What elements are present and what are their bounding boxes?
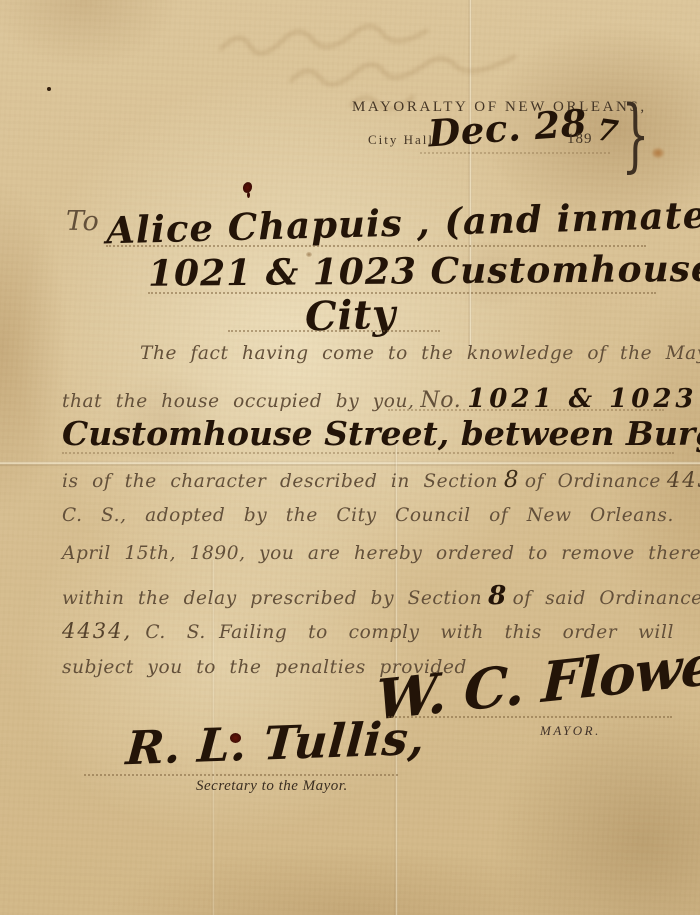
body-line-8-printed-b: Failing to comply with this order will — [219, 622, 674, 643]
body-line-7-printed-b: of said Ordinance — [513, 588, 700, 609]
body-line-4: is of the character described in Section… — [62, 467, 674, 493]
section-number-fill: 8 — [504, 467, 519, 493]
street-fill-rule-line — [62, 452, 674, 454]
ink-blot-tail — [247, 192, 250, 198]
body-line-7: within the delay prescribed by Section 8… — [62, 581, 674, 611]
year-printed: 189 — [567, 131, 593, 148]
body-line-3-handwritten: Customhouse Street, between Burgundy & R… — [62, 414, 674, 453]
city-line: City — [304, 290, 396, 340]
body-line-6: April 15th, 1890, you are hereby ordered… — [62, 543, 674, 564]
header-brace: } — [621, 88, 649, 181]
body-line-4-printed-b: of Ordinance — [525, 471, 661, 492]
secretary-signature: R. L. Tullis, — [124, 711, 427, 776]
body-line-4-printed-a: is of the character described in Section — [62, 471, 498, 492]
rust-stain — [652, 148, 664, 158]
body-line-5: C. S., adopted by the City Council of Ne… — [62, 505, 674, 526]
mayor-signature-rule-line — [388, 716, 672, 718]
to-label: To — [66, 206, 99, 237]
mayor-title: MAYOR. — [540, 723, 601, 739]
city-rule-line — [228, 330, 440, 332]
ink-speck — [47, 87, 51, 91]
fold-crease-horizontal-middle — [0, 461, 700, 466]
ordinance-number-fill: 4434, — [667, 468, 700, 492]
recipient-rule-line — [106, 245, 646, 247]
street-line: 1021 & 1023 Customhouse St. — [148, 247, 700, 295]
body-line-2-printed: that the house occupied by you, — [62, 391, 415, 412]
body-line-8-printed-a: C. S. — [145, 622, 205, 643]
secretary-title: Secretary to the Mayor. — [196, 778, 348, 795]
ordinance-number-fill-2: 4434, — [62, 619, 132, 643]
body-line-1: The fact having come to the knowledge of… — [140, 343, 646, 364]
secretary-signature-rule-line — [84, 774, 398, 776]
house-number-rule-line — [388, 409, 664, 411]
section-number-fill-2: 8 — [488, 581, 507, 611]
street-rule-line — [148, 292, 656, 294]
bleed-through-writing — [200, 20, 660, 110]
body-line-8: 4434, C. S. Failing to comply with this … — [62, 619, 674, 643]
body-line-7-printed-a: within the delay prescribed by Section — [62, 588, 482, 609]
